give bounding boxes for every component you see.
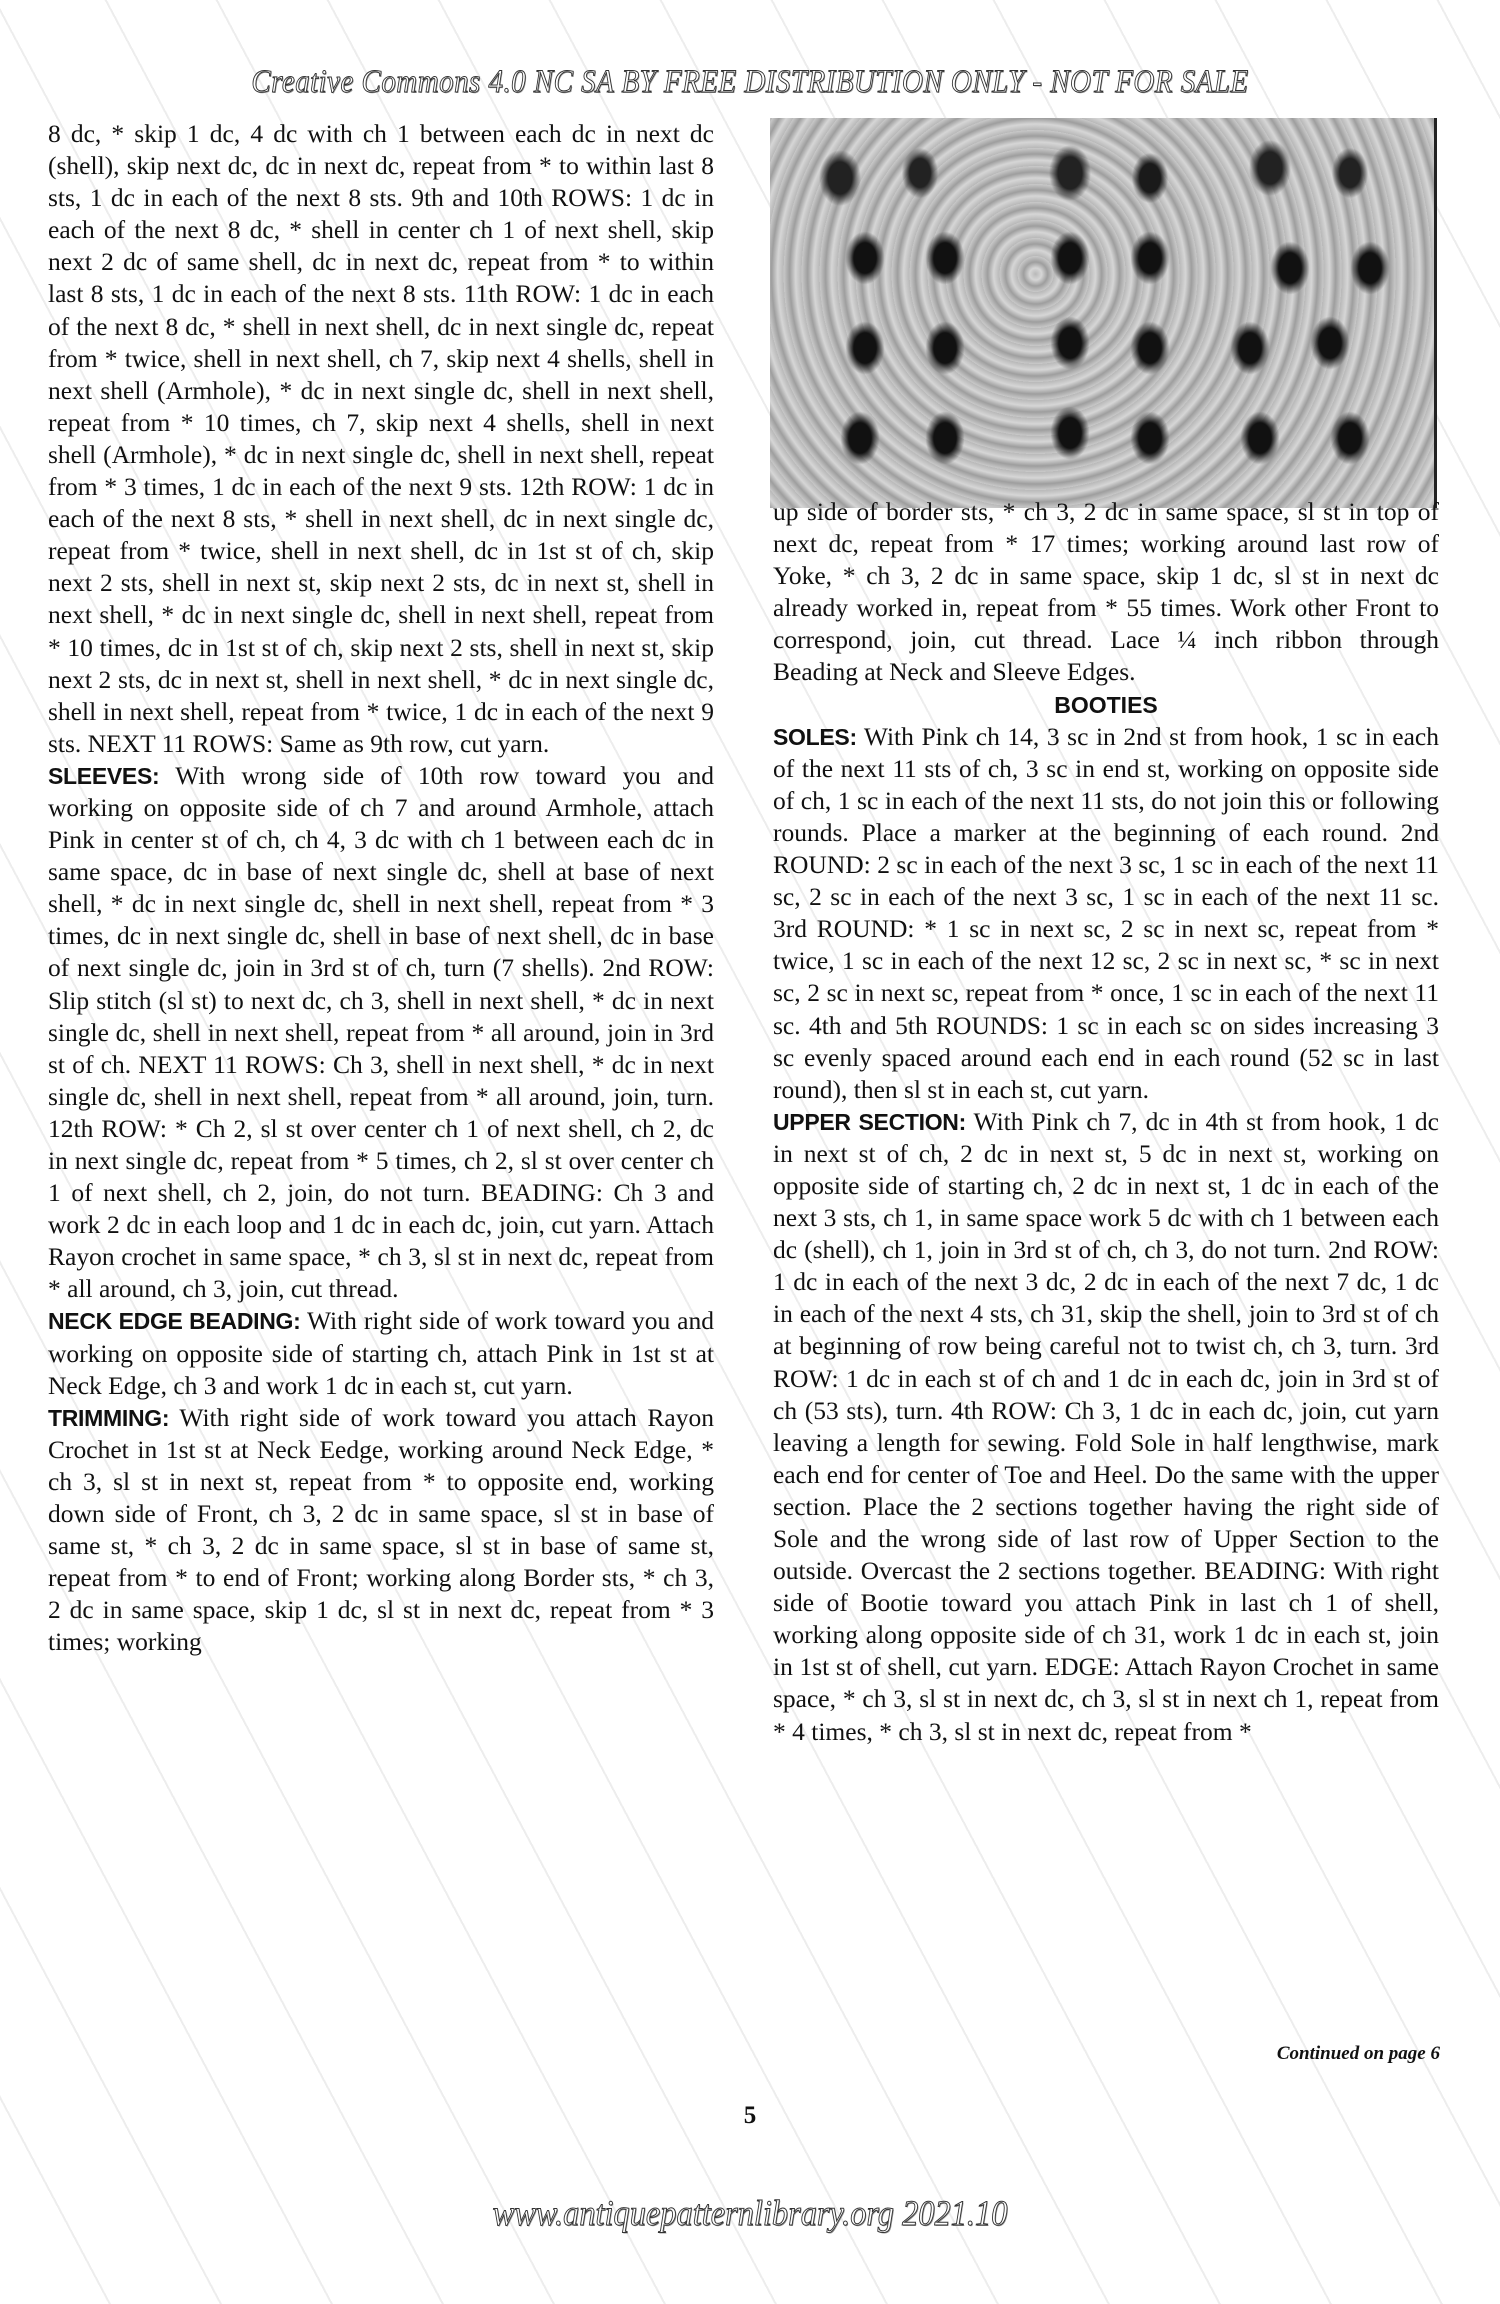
neck-edge-beading-heading: NECK EDGE BEADING: — [48, 1308, 301, 1334]
website-footer-banner: www.antiquepatternlibrary.org 2021.10 — [75, 2192, 1425, 2234]
trimming-section: TRIMMING: With right side of work toward… — [48, 1402, 714, 1659]
continued-note: Continued on page 6 — [1160, 2043, 1440, 2065]
left-column: 8 dc, * skip 1 dc, 4 dc with ch 1 betwee… — [48, 118, 714, 1659]
sleeves-text: With wrong side of 10th row toward you a… — [48, 761, 714, 1304]
neck-edge-beading-section: NECK EDGE BEADING: With right side of wo… — [48, 1305, 714, 1401]
upper-section: UPPER SECTION: With Pink ch 7, dc in 4th… — [773, 1106, 1439, 1748]
sleeves-heading: SLEEVES: — [48, 763, 159, 789]
soles-heading: SOLES: — [773, 724, 857, 750]
license-banner: Creative Commons 4.0 NC SA BY FREE DISTR… — [90, 64, 1410, 101]
soles-text: With Pink ch 14, 3 sc in 2nd st from hoo… — [773, 722, 1439, 1104]
crochet-stitch-photo — [770, 118, 1437, 508]
yoke-rows-paragraph: 8 dc, * skip 1 dc, 4 dc with ch 1 betwee… — [48, 118, 714, 760]
booties-heading: BOOTIES — [773, 689, 1439, 721]
upper-section-heading: UPPER SECTION: — [773, 1109, 966, 1135]
soles-section: SOLES: With Pink ch 14, 3 sc in 2nd st f… — [773, 721, 1439, 1106]
trimming-continued-paragraph: up side of border sts, * ch 3, 2 dc in s… — [773, 496, 1439, 689]
page-number: 5 — [735, 2102, 765, 2130]
right-column: up side of border sts, * ch 3, 2 dc in s… — [773, 496, 1439, 1748]
sleeves-section: SLEEVES: With wrong side of 10th row tow… — [48, 760, 714, 1306]
trimming-heading: TRIMMING: — [48, 1405, 169, 1431]
upper-section-text: With Pink ch 7, dc in 4th st from hook, … — [773, 1107, 1439, 1746]
trimming-text: With right side of work toward you attac… — [48, 1403, 714, 1657]
